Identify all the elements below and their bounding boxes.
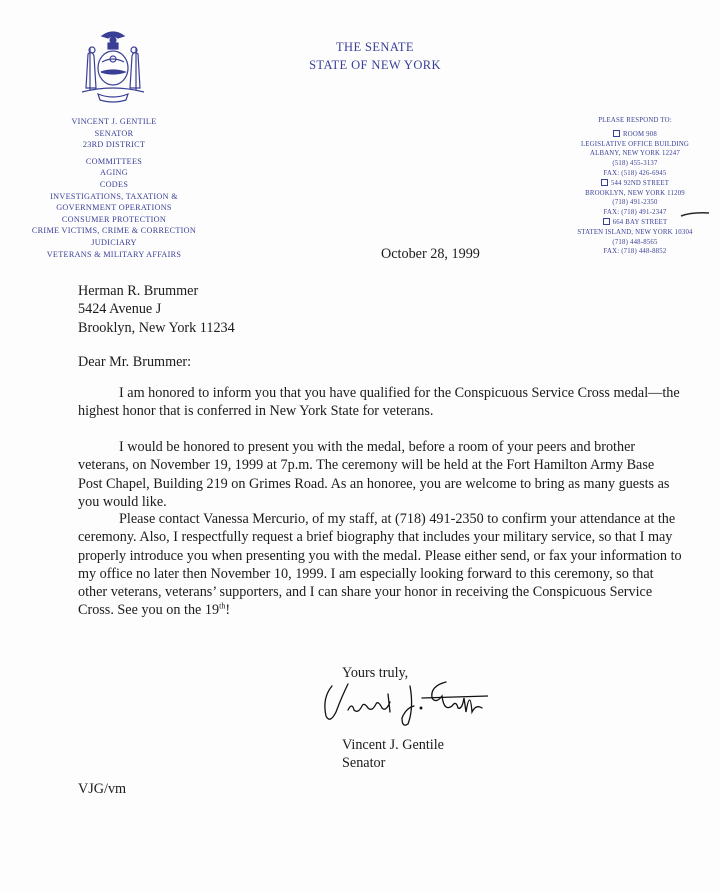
committee-item: CONSUMER PROTECTION <box>28 214 200 226</box>
office-line: 664 BAY STREET <box>613 219 668 226</box>
office-line: FAX: (718) 448-8852 <box>560 247 710 257</box>
signer-name: Vincent J. Gentile <box>342 736 444 754</box>
office-line: (718) 448-8565 <box>560 238 710 248</box>
committees-header: COMMITTEES <box>28 156 200 168</box>
checkbox-icon <box>601 179 608 186</box>
senate-header: THE SENATE STATE OF NEW YORK <box>300 38 450 74</box>
paragraph-text: Please contact Vanessa Mercurio, of my s… <box>78 511 682 618</box>
senator-info-block: VINCENT J. GENTILE SENATOR 23RD DISTRICT… <box>28 116 200 260</box>
office-staten-island: 664 BAY STREET STATEN ISLAND, NEW YORK 1… <box>560 218 710 257</box>
letter-date: October 28, 1999 <box>381 246 480 263</box>
office-line: ROOM 908 <box>623 131 657 138</box>
committee-item: JUDICIARY <box>28 237 200 249</box>
paragraph-end: ! <box>225 602 230 618</box>
body-paragraph-3: Please contact Vanessa Mercurio, of my s… <box>78 510 682 620</box>
body-paragraph-2: I would be honored to present you with t… <box>78 438 682 511</box>
senator-title: SENATOR <box>28 128 200 140</box>
body-paragraph-1: I am honored to inform you that you have… <box>78 384 682 421</box>
committee-item: CODES <box>28 179 200 191</box>
paragraph-text: I would be honored to present you with t… <box>78 439 669 510</box>
new-york-state-seal-icon <box>68 26 158 106</box>
signature-icon <box>318 668 488 728</box>
salutation: Dear Mr. Brummer: <box>78 354 191 371</box>
signer-block: Vincent J. Gentile Senator <box>342 736 444 773</box>
signer-title: Senator <box>342 754 444 772</box>
office-albany: ROOM 908 LEGISLATIVE OFFICE BUILDING ALB… <box>560 130 710 179</box>
recipient-city: Brooklyn, New York 11234 <box>78 319 235 337</box>
respond-header: PLEASE RESPOND TO: <box>560 116 710 126</box>
office-line: (518) 455-3137 <box>560 159 710 169</box>
office-line: (718) 491-2350 <box>560 198 710 208</box>
org-line-2: STATE OF NEW YORK <box>300 56 450 74</box>
recipient-address: Herman R. Brummer 5424 Avenue J Brooklyn… <box>78 282 235 337</box>
recipient-street: 5424 Avenue J <box>78 300 235 318</box>
office-line: STATEN ISLAND, NEW YORK 10304 <box>560 228 710 238</box>
paragraph-text: I am honored to inform you that you have… <box>78 385 680 419</box>
office-line: BROOKLYN, NEW YORK 11209 <box>560 189 710 199</box>
committee-item: GOVERNMENT OPERATIONS <box>28 202 200 214</box>
senator-district: 23RD DISTRICT <box>28 139 200 151</box>
org-line-1: THE SENATE <box>300 38 450 56</box>
committee-item: VETERANS & MILITARY AFFAIRS <box>28 249 200 261</box>
office-line: ALBANY, NEW YORK 12247 <box>560 149 710 159</box>
office-line: FAX: (518) 426-6945 <box>560 169 710 179</box>
recipient-name: Herman R. Brummer <box>78 282 235 300</box>
committee-item: CRIME VICTIMS, CRIME & CORRECTION <box>28 225 200 237</box>
committee-item: INVESTIGATIONS, TAXATION & <box>28 191 200 203</box>
pen-mark-icon <box>680 210 710 218</box>
checkbox-icon <box>603 218 610 225</box>
office-line: 544 92ND STREET <box>611 180 669 187</box>
typist-initials: VJG/vm <box>78 781 126 798</box>
senator-name: VINCENT J. GENTILE <box>28 116 200 128</box>
office-line: LEGISLATIVE OFFICE BUILDING <box>560 140 710 150</box>
checkbox-icon <box>613 130 620 137</box>
respond-to-block: PLEASE RESPOND TO: ROOM 908 LEGISLATIVE … <box>560 116 710 257</box>
committee-item: AGING <box>28 167 200 179</box>
